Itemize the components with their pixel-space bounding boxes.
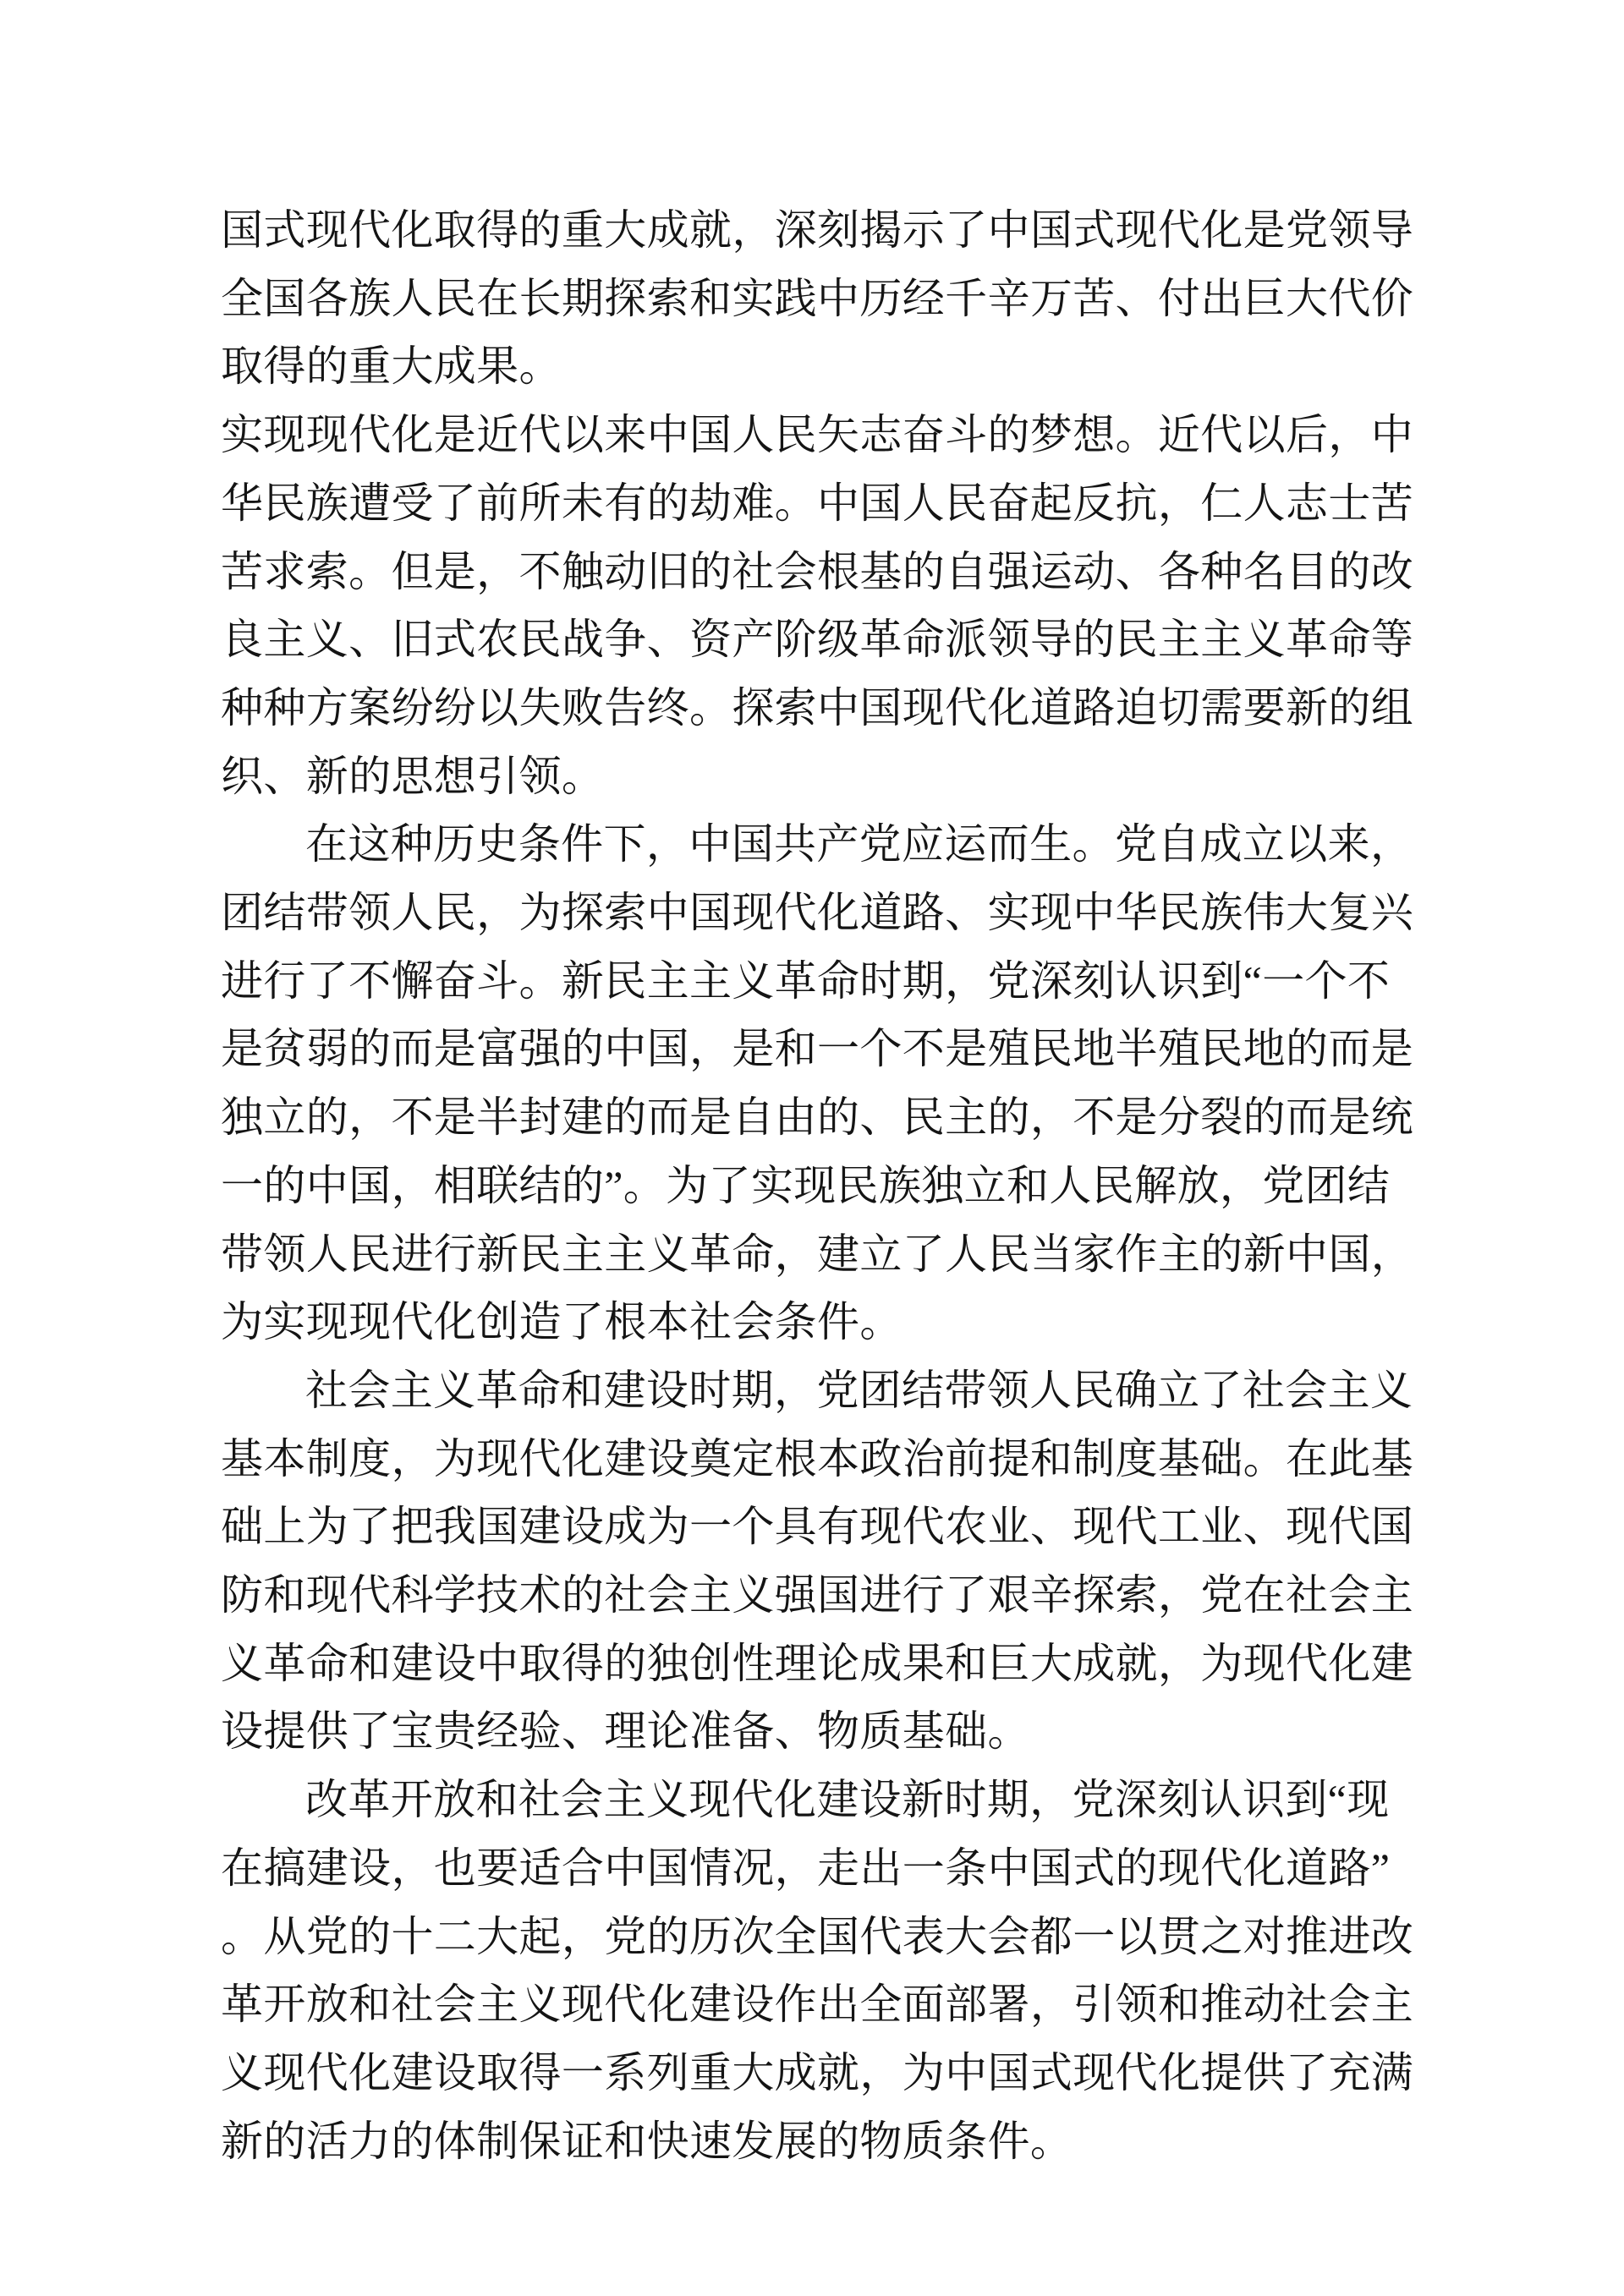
- paragraph: 国式现代化取得的重大成就，深刻揭示了中国式现代化是党领导 全国各族人民在长期探索…: [221, 196, 1418, 401]
- document-page: 国式现代化取得的重大成就，深刻揭示了中国式现代化是党领导 全国各族人民在长期探索…: [0, 0, 1624, 2296]
- paragraph: 实现现代化是近代以来中国人民矢志奋斗的梦想。近代以后，中 华民族遭受了前所未有的…: [221, 401, 1418, 810]
- paragraph: 在这种历史条件下，中国共产党应运而生。党自成立以来， 团结带领人民，为探索中国现…: [221, 810, 1418, 1356]
- body-text: 国式现代化取得的重大成就，深刻揭示了中国式现代化是党领导 全国各族人民在长期探索…: [221, 196, 1418, 2175]
- paragraph: 改革开放和社会主义现代化建设新时期，党深刻认识到“现 在搞建设，也要适合中国情况…: [221, 1766, 1418, 2175]
- paragraph: 社会主义革命和建设时期，党团结带领人民确立了社会主义 基本制度，为现代化建设奠定…: [221, 1356, 1418, 1766]
